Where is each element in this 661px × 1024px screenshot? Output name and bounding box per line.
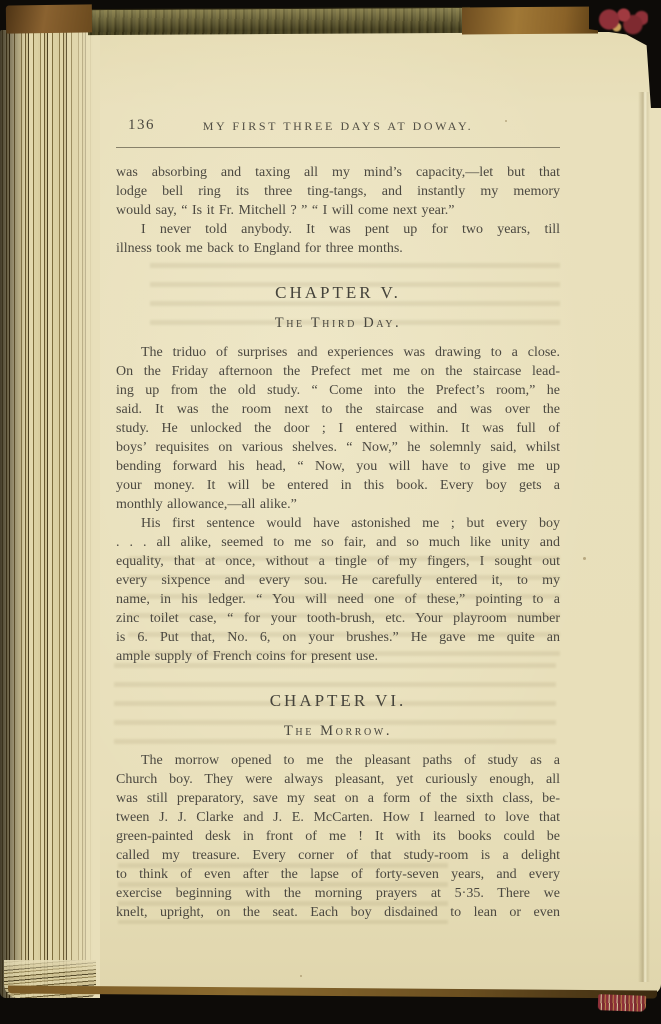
leather-corner-left [6, 4, 92, 33]
text-line: boys’ requisites on various shelves. “ N… [116, 438, 560, 457]
text-line: tween J. J. Clarke and J. E. McCarten. H… [116, 808, 560, 827]
paragraph: His first sentence would have astonished… [116, 514, 560, 666]
text-line: study. He unlocked the door ; I entered … [116, 419, 560, 438]
text-line: . . . all alike, seemed to me so fair, a… [116, 533, 560, 552]
page-fold-crease [638, 92, 650, 982]
text-line: On the Friday afternoon the Prefect met … [116, 362, 560, 381]
text-line: bending forward his head, “ Now, you wil… [116, 457, 560, 476]
text-line: name, in his ledger. “ You will need one… [116, 590, 560, 609]
book-photo: 136 MY FIRST THREE DAYS AT DOWAY. was ab… [0, 0, 661, 1024]
header-rule [116, 147, 560, 148]
section-heading: The Morrow. [116, 723, 560, 740]
text-line: ample supply of French coins for present… [116, 647, 560, 666]
text-line: I never told anybody. It was pent up for… [116, 220, 560, 239]
text-line: The triduo of surprises and experiences … [116, 343, 560, 362]
foxing-speck [300, 975, 302, 977]
page-header: 136 MY FIRST THREE DAYS AT DOWAY. [116, 119, 560, 136]
text-line: would say, “ Is it Fr. Mitchell ? ” “ I … [116, 201, 560, 220]
section-heading: The Third Day. [116, 315, 560, 332]
text-line: is 6. Put that, No. 6, on your brushes.”… [116, 628, 560, 647]
text-line: Church boy. They were always pleasant, y… [116, 770, 560, 789]
paragraph: The triduo of surprises and experiences … [116, 343, 560, 514]
stacked-page-edges-left [0, 30, 100, 998]
text-line: was still preparatory, save my seat on a… [116, 789, 560, 808]
paragraph: I never told anybody. It was pent up for… [116, 220, 560, 258]
paragraph: was absorbing and taxing all my mind’s c… [116, 163, 560, 220]
text-line: your money. It will be entered in this b… [116, 476, 560, 495]
body-text: was absorbing and taxing all my mind’s c… [116, 163, 560, 922]
chapter-heading: CHAPTER V. [116, 284, 560, 302]
text-line: zinc toilet case, “ for your tooth-brush… [116, 609, 560, 628]
text-line: said. It was the room next to the stairc… [116, 400, 560, 419]
text-line: knelt, upright, on the seat. Each boy di… [116, 903, 560, 922]
text-line: called my treasure. Every corner of that… [116, 846, 560, 865]
marbled-edge-top-right [594, 6, 648, 36]
foxing-speck [583, 557, 586, 560]
text-line: equality, that at once, without a tingle… [116, 552, 560, 571]
page-number: 136 [128, 117, 155, 134]
text-line: every sixpence and every sou. He careful… [116, 571, 560, 590]
text-column: 136 MY FIRST THREE DAYS AT DOWAY. was ab… [116, 0, 560, 922]
paragraph: The morrow opened to me the pleasant pat… [116, 751, 560, 922]
text-line: His first sentence would have astonished… [116, 514, 560, 533]
text-line: monthly allowance,—all alike.” [116, 495, 560, 514]
marbled-edge-bottom-right [598, 994, 647, 1012]
text-line: lodge bell ring its three ting-tangs, an… [116, 182, 560, 201]
text-line: exercise beginning with the morning pray… [116, 884, 560, 903]
running-title: MY FIRST THREE DAYS AT DOWAY. [116, 119, 560, 134]
text-line: illness took me back to England for thre… [116, 239, 560, 258]
text-line: green-painted desk in front of me ! It w… [116, 827, 560, 846]
text-line: ing up from the old study. “ Come into t… [116, 381, 560, 400]
chapter-heading: CHAPTER VI. [116, 692, 560, 710]
text-line: The morrow opened to me the pleasant pat… [116, 751, 560, 770]
text-line: was absorbing and taxing all my mind’s c… [116, 163, 560, 182]
text-line: to think of even after the lapse of fort… [116, 865, 560, 884]
